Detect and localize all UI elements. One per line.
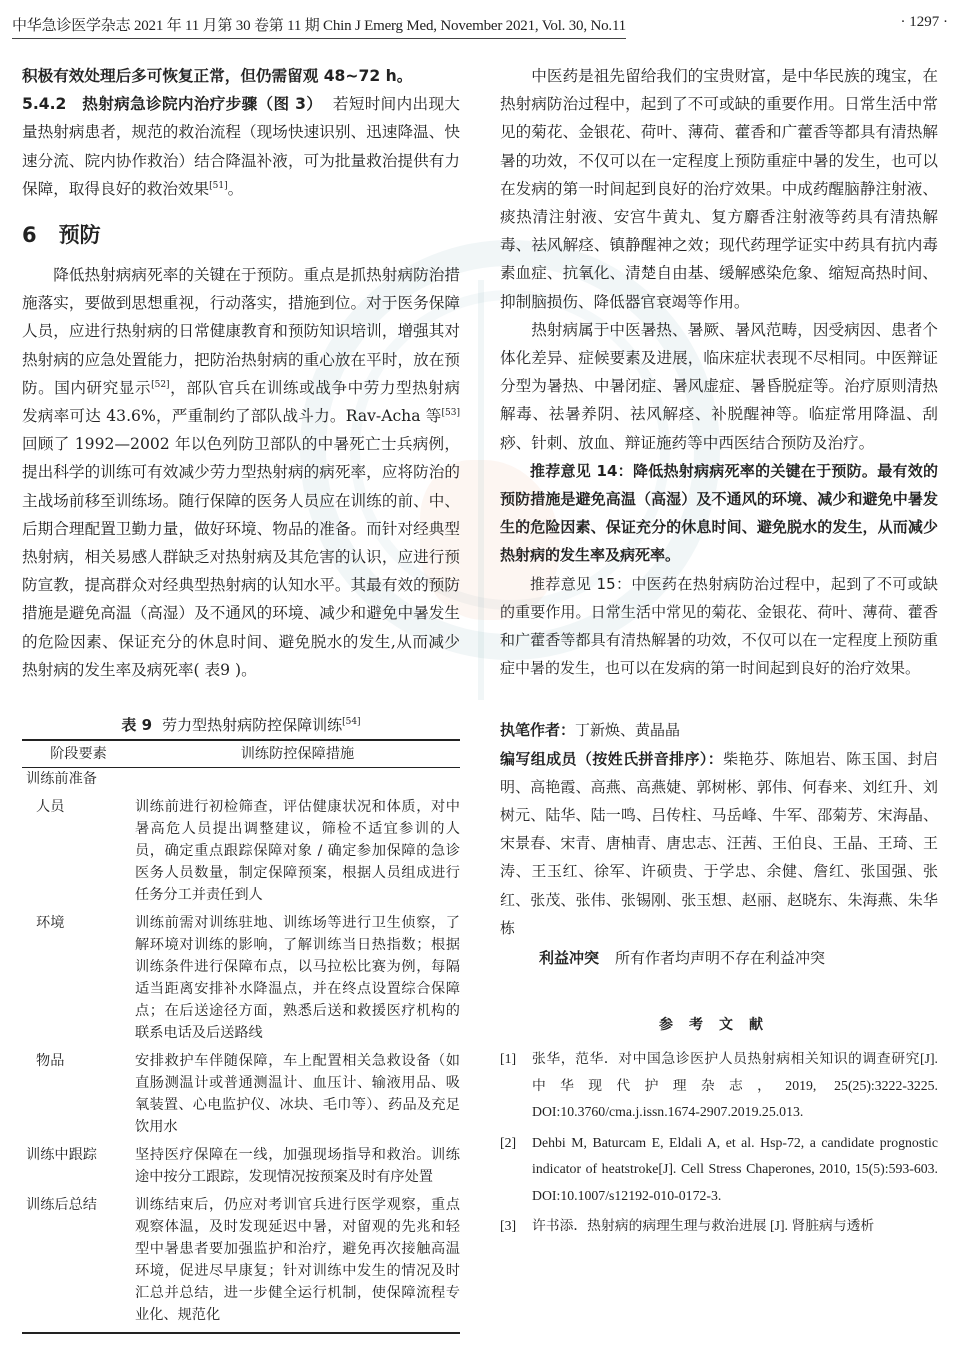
reference-text: 许书添．热射病的病理生理与救治进展 [J]. 肾脏病与透析 bbox=[532, 1213, 938, 1240]
table-9: 阶段要素 训练防控保障措施 训练前准备 人员 训练前进行初检筛查，评估健康状况和… bbox=[22, 739, 460, 1334]
page-number: · 1297 · bbox=[901, 14, 949, 31]
subsection-title: 热射病急诊院内治疗步骤（图 3） bbox=[82, 95, 322, 113]
stage-cell: 物品 bbox=[22, 1050, 135, 1144]
section-heading-prevention: 6预防 bbox=[22, 219, 460, 249]
reference-text: Dehbi M, Baturcam E, Eldali A, et al. Hs… bbox=[532, 1130, 938, 1210]
coi-text: 所有作者均声明不存在利益冲突 bbox=[615, 949, 825, 967]
intro-bold-text: 积极有效处理后多可恢复正常，但仍需留观 48~72 h。 bbox=[22, 62, 460, 90]
group-members-names: 柴艳芬、陈旭岩、陈玉国、封启明、高艳霞、高燕、高燕婕、郭树彬、郭伟、何春来、刘红… bbox=[500, 750, 938, 937]
table-row: 训练中跟踪 坚持医疗保障在一线，加强现场指导和救治。训练途中按分工跟踪，发现情况… bbox=[22, 1144, 460, 1194]
journal-citation: 中华急诊医学杂志 2021 年 11 月第 30 卷第 11 期 Chin J … bbox=[12, 14, 626, 39]
citation-52: [52] bbox=[151, 380, 169, 390]
citation-53: [53] bbox=[442, 408, 460, 418]
subsection-5-4-2: 5.4.2 热射病急诊院内治疗步骤（图 3） 若短时间内出现大量热射病患者，规范… bbox=[22, 90, 460, 203]
references-heading: 参考文献 bbox=[500, 1014, 938, 1034]
reference-item: [1] 张华，范华．对中国急诊医护人员热射病相关知识的调查研究[J]. 中华现代… bbox=[500, 1046, 938, 1126]
left-column: 积极有效处理后多可恢复正常，但仍需留观 48~72 h。 5.4.2 热射病急诊… bbox=[22, 62, 460, 1334]
group-members-label: 编写组成员（按姓氏拼音排序）： bbox=[500, 750, 723, 768]
syndrome-paragraph: 热射病属于中医暑热、暑厥、暑风范畴，因受病因、患者个体化差异、症候要素及进展，临… bbox=[500, 316, 938, 457]
watermark-caduceus-icon bbox=[478, 280, 484, 700]
authors-block: 执笔作者：丁新焕、黄晶晶 编写组成员（按姓氏拼音排序）：柴艳芬、陈旭岩、陈玉国、… bbox=[500, 716, 938, 942]
writing-authors-label: 执笔作者： bbox=[500, 721, 575, 739]
reference-index: [1] bbox=[500, 1046, 532, 1126]
reference-text: 张华，范华．对中国急诊医护人员热射病相关知识的调查研究[J]. 中华现代护理杂志… bbox=[532, 1046, 938, 1126]
group-members: 编写组成员（按姓氏拼音排序）：柴艳芬、陈旭岩、陈玉国、封启明、高艳霞、高燕、高燕… bbox=[500, 745, 938, 942]
measure-cell: 训练前需对训练驻地、训练场等进行卫生侦察，了解环境对训练的影响，了解训练当日热指… bbox=[135, 912, 460, 1050]
table-label: 表 9 bbox=[121, 716, 152, 734]
citation-54: [54] bbox=[342, 717, 360, 727]
reference-item: [3] 许书添．热射病的病理生理与救治进展 [J]. 肾脏病与透析 bbox=[500, 1213, 938, 1240]
tcm-paragraph: 中医药是祖先留给我们的宝贵财富，是中华民族的瑰宝，在热射病防治过程中，起到了不可… bbox=[500, 62, 938, 316]
table-row: 物品 安排救护车伴随保障，车上配置相关急救设备（如直肠测温计或普通测温计、血压计… bbox=[22, 1050, 460, 1144]
column-header-stage: 阶段要素 bbox=[22, 740, 135, 768]
measure-cell: 训练前进行初检筛查，评估健康状况和体质，对中暑高危人员提出调整建议，筛检不适宜参… bbox=[135, 796, 460, 912]
recommendation-15: 推荐意见 15：中医药在热射病防治过程中，起到了不可或缺的重要作用。日常生活中常… bbox=[500, 570, 938, 683]
column-header-measure: 训练防控保障措施 bbox=[135, 740, 460, 768]
measure-cell: 训练结束后，仍应对考训官兵进行医学观察，重点观察体温，及时发现延迟中暑，对留观的… bbox=[135, 1194, 460, 1333]
stage-cell: 环境 bbox=[22, 912, 135, 1050]
paragraph-text: 降低热射病病死率的关键在于预防。重点是抓热射病防治措施落实，要做到思想重视，行动… bbox=[22, 266, 460, 397]
conflict-of-interest: 利益冲突所有作者均声明不存在利益冲突 bbox=[500, 944, 938, 972]
table-title: 劳力型热射病防控保障训练 bbox=[162, 716, 342, 734]
table-row: 环境 训练前需对训练驻地、训练场等进行卫生侦察，了解环境对训练的影响，了解训练当… bbox=[22, 912, 460, 1050]
recommendation-14: 推荐意见 14：降低热射病病死率的关键在于预防。最有效的预防措施是避免高温（高湿… bbox=[500, 457, 938, 570]
table-9-caption: 表 9劳力型热射病防控保障训练[54] bbox=[22, 714, 460, 735]
paragraph-text: 回顾了 1992—2002 年以色列防卫部队的中暑死亡士兵病例，提出科学的训练可… bbox=[22, 435, 460, 679]
writing-authors: 执笔作者：丁新焕、黄晶晶 bbox=[500, 716, 938, 744]
citation-51: [51] bbox=[209, 181, 227, 191]
reference-list: [1] 张华，范华．对中国急诊医护人员热射病相关知识的调查研究[J]. 中华现代… bbox=[500, 1046, 938, 1240]
reference-index: [2] bbox=[500, 1130, 532, 1210]
section-title: 预防 bbox=[59, 223, 101, 247]
measure-cell: 坚持医疗保障在一线，加强现场指导和救治。训练途中按分工跟踪，发现情况按预案及时有… bbox=[135, 1144, 460, 1194]
table-row: 人员 训练前进行初检筛查，评估健康状况和体质，对中暑高危人员提出调整建议，筛检不… bbox=[22, 796, 460, 912]
measure-cell: 安排救护车伴随保障，车上配置相关急救设备（如直肠测温计或普通测温计、血压计、输液… bbox=[135, 1050, 460, 1144]
table-row: 训练后总结 训练结束后，仍应对考训官兵进行医学观察，重点观察体温，及时发现延迟中… bbox=[22, 1194, 460, 1333]
measure-cell bbox=[135, 768, 460, 797]
section-number: 6 bbox=[22, 223, 37, 247]
table-header-row: 阶段要素 训练防控保障措施 bbox=[22, 740, 460, 768]
coi-label: 利益冲突 bbox=[539, 949, 599, 967]
stage-cell: 人员 bbox=[22, 796, 135, 912]
reference-item: [2] Dehbi M, Baturcam E, Eldali A, et al… bbox=[500, 1130, 938, 1210]
stage-cell: 训练中跟踪 bbox=[22, 1144, 135, 1194]
subsection-number: 5.4.2 bbox=[22, 95, 66, 113]
stage-cell: 训练后总结 bbox=[22, 1194, 135, 1333]
punct: 。 bbox=[228, 180, 244, 198]
right-column: 中医药是祖先留给我们的宝贵财富，是中华民族的瑰宝，在热射病防治过程中，起到了不可… bbox=[500, 62, 938, 1244]
stage-cell: 训练前准备 bbox=[22, 768, 135, 797]
running-header: 中华急诊医学杂志 2021 年 11 月第 30 卷第 11 期 Chin J … bbox=[12, 12, 948, 40]
writing-authors-names: 丁新焕、黄晶晶 bbox=[575, 721, 680, 739]
prevention-paragraph: 降低热射病病死率的关键在于预防。重点是抓热射病防治措施落实，要做到思想重视，行动… bbox=[22, 261, 460, 684]
table-row: 训练前准备 bbox=[22, 768, 460, 797]
reference-index: [3] bbox=[500, 1213, 532, 1240]
